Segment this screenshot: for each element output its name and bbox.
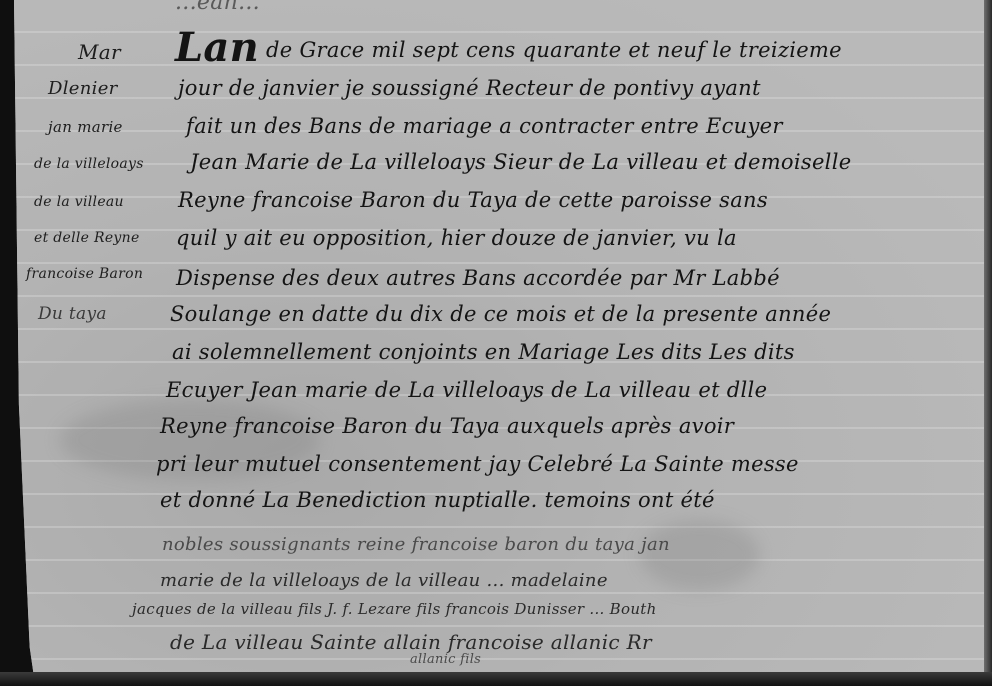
margin-note: jan marie — [48, 118, 123, 136]
signature-line: jacques de la villeau fils J. f. Lezare … — [132, 600, 657, 618]
signature-line: allanic fils — [410, 652, 481, 667]
body-line-1: Lan de Grace mil sept cens quarante et n… — [175, 24, 842, 71]
body-line-13: et donné La Benediction nuptialle. temoi… — [160, 488, 715, 512]
body-line-4: Jean Marie de La villeloays Sieur de La … — [190, 150, 851, 174]
opening-word: Lan — [175, 24, 259, 71]
signature-line: de La villeau Sainte allain francoise al… — [170, 630, 652, 654]
body-line-9: ai solemnellement conjoints en Mariage L… — [172, 340, 795, 364]
margin-note: Mar — [78, 40, 121, 64]
body-line-10: Ecuyer Jean marie de La villeloays de La… — [166, 378, 767, 402]
margin-note: Du taya — [38, 304, 107, 324]
body-line-2: jour de janvier je soussigné Recteur de … — [178, 76, 761, 100]
paper-stain — [640, 520, 760, 590]
body-text: de Grace mil sept cens quarante et neuf … — [266, 38, 842, 62]
page-bottom-edge — [0, 672, 992, 686]
page-right-edge — [984, 0, 992, 686]
header-fragment: ...ean... — [175, 0, 260, 15]
body-line-5: Reyne francoise Baron du Taya de cette p… — [178, 188, 768, 212]
body-line-6: quil y ait eu opposition, hier douze de … — [176, 226, 737, 250]
margin-note: de la villeau — [34, 194, 124, 210]
scanned-document: ...ean... Mar Dlenier jan marie de la vi… — [0, 0, 992, 686]
body-line-7: Dispense des deux autres Bans accordée p… — [176, 266, 780, 290]
body-line-12: pri leur mutuel consentement jay Celebré… — [156, 452, 799, 476]
body-line-3: fait un des Bans de mariage a contracter… — [186, 114, 783, 138]
signature-line: nobles soussignants reine francoise baro… — [162, 534, 670, 555]
margin-note: de la villeloays — [34, 156, 144, 172]
margin-note: Dlenier — [48, 78, 118, 99]
margin-note: francoise Baron — [26, 266, 143, 282]
body-line-11: Reyne francoise Baron du Taya auxquels a… — [160, 414, 734, 438]
body-line-8: Soulange en datte du dix de ce mois et d… — [170, 302, 831, 326]
signature-line: marie de la villeloays de la villeau ...… — [160, 570, 608, 591]
margin-note: et delle Reyne — [34, 230, 140, 246]
